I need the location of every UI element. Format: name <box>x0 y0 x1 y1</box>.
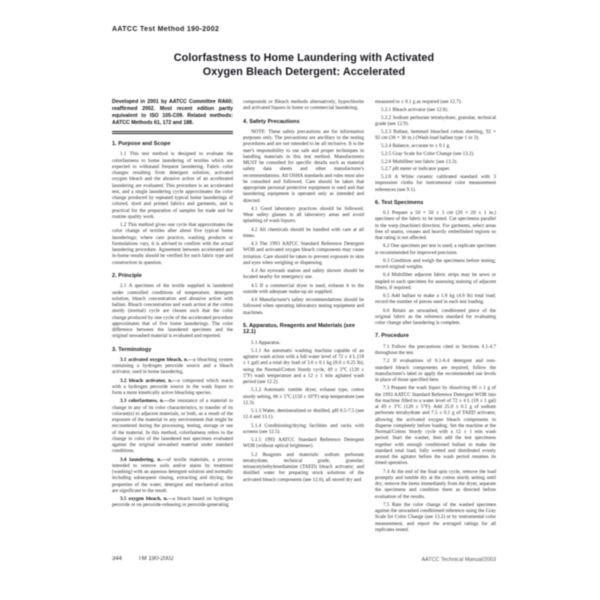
body-paragraph: 2.1 A specimen of the textile supplied i… <box>112 283 233 339</box>
apparatus-list-item: 5.2.4 Balance, accurate to ± 0.1 g. <box>375 143 496 149</box>
body-paragraph: 3.2 bleach activator, n.—a compound whic… <box>112 378 233 397</box>
section-heading: 3. Terminology <box>112 347 233 353</box>
section-heading: 6. Test Specimens <box>375 200 496 206</box>
document-header-code: AATCC Test Method 190-2002 <box>112 26 312 33</box>
body-paragraph: 5.1.1 An automatic washing machine capab… <box>243 348 364 386</box>
body-paragraph: 5.1.2 Automatic tumble dryer, exhaust ty… <box>243 387 364 406</box>
page-column-3: measured to ± 0.1 g as required (see 12.… <box>375 99 496 547</box>
body-paragraph: 7.1 Follow the precautions cited in Sect… <box>375 344 496 357</box>
body-paragraph: 7.5 Rate the color change of the washed … <box>375 502 496 533</box>
continued-paragraph: compounds or Bleach methods alternativel… <box>243 99 364 112</box>
body-paragraph: 5.1.4 Conditioning/drying facilities and… <box>243 423 364 436</box>
body-paragraph: 6.2 One specimen per test is used; a rep… <box>375 243 496 256</box>
body-paragraph: 4.5 If a commercial dryer is used, exhau… <box>243 283 364 296</box>
body-paragraph: 4.3 The 1993 AATCC Standard Reference De… <box>243 241 364 266</box>
section-heading: 1. Purpose and Scope <box>112 141 233 147</box>
body-paragraph: 6.4 Multifiber adjacent fabric strips ma… <box>375 272 496 291</box>
section-heading: 7. Procedure <box>375 333 496 339</box>
apparatus-list-item: 5.2.7 pH meter or indicator paper. <box>375 166 496 172</box>
footer-method-code: TM 190-2002 <box>138 556 174 562</box>
apparatus-list-item: 5.2.2 Sodium perborate tetrahydrate, gra… <box>375 115 496 128</box>
footer-left: 344TM 190-2002 <box>112 556 174 562</box>
footer-manual-edition: AATCC Technical Manual/2003 <box>375 557 496 563</box>
body-paragraph: 5.1.5 1993 AATCC Standard Reference Dete… <box>243 437 364 450</box>
section-heading: 5. Apparatus, Reagents and Materials (se… <box>243 323 364 336</box>
footer-page-number: 344 <box>112 556 122 562</box>
apparatus-list-item: 5.2.1 Bleach activator (see 12.8). <box>375 107 496 113</box>
body-paragraph: 3.1 activated oxygen bleach, n.—a bleach… <box>112 357 233 376</box>
page-column-2: compounds or Bleach methods alternativel… <box>243 99 364 547</box>
document-page: AATCC Test Method 190-2002 Colorfastness… <box>0 0 600 600</box>
apparatus-list-item: 5.2.5 Gray Scale for Color Change (see 1… <box>375 151 496 157</box>
body-paragraph: 5.1 Apparatus. <box>243 340 364 346</box>
body-paragraph: 6.3 Condition and weigh the specimens be… <box>375 258 496 271</box>
section-heading: 2. Principle <box>112 273 233 279</box>
body-paragraph: 4.6 Manufacturer's safety recommendation… <box>243 297 364 316</box>
body-paragraph: 4.2 All chemicals should be handled with… <box>243 227 364 240</box>
body-paragraph: 1.1 This test method is designed to eval… <box>112 151 233 220</box>
body-paragraph: 6.6 Retain an unwashed, conditioned piec… <box>375 308 496 327</box>
document-title-line-1: Colorfastness to Home Laundering with Ac… <box>108 51 500 65</box>
apparatus-list-item: 5.2.8 A White ceramic calibrated standar… <box>375 174 496 193</box>
body-paragraph: 5.2 Reagents and materials: sodium perbo… <box>243 452 364 483</box>
body-paragraph: 4.4 An eyewash station and safety shower… <box>243 268 364 281</box>
developed-by-note: Developed in 2001 by AATCC Committee RA6… <box>112 99 233 134</box>
body-paragraph: 3.3 colorfastness, n.—the resistance of … <box>112 398 233 454</box>
apparatus-list-item: 5.2.3 Ballast, hemmed bleached cotton sh… <box>375 129 496 142</box>
body-paragraph: 1.2 This method gives one cycle that app… <box>112 222 233 266</box>
body-paragraph: 7.3 Prepare the wash liquor by dissolvin… <box>375 385 496 466</box>
section-heading: 4. Safety Precautions <box>243 119 364 125</box>
apparatus-list-item: 5.2.6 Multifiber test fabric (see 13.3). <box>375 159 496 165</box>
body-paragraph: 3.4 laundering, n.—of textile materials,… <box>112 457 233 495</box>
body-paragraph: 4.1 Good laboratory practices should be … <box>243 206 364 225</box>
body-paragraph: 7.2 If evaluations of 6.1-6.4 detergent … <box>375 358 496 383</box>
body-paragraph: NOTE: These safety precautions are for i… <box>243 129 364 204</box>
document-title-line-2: Oxygen Bleach Detergent: Accelerated <box>108 65 500 79</box>
body-paragraph: 5.1.3 Water, demineralized or distilled,… <box>243 408 364 421</box>
page-column-1: Developed in 2001 by AATCC Committee RA6… <box>112 99 233 547</box>
body-paragraph: 6.5 Add ballast to make a 1.8 kg (4.0 lb… <box>375 293 496 306</box>
body-paragraph: 6.1 Prepare a 50 × 50 ± 3 cm (20 × 20 ± … <box>375 210 496 241</box>
document-title: Colorfastness to Home Laundering with Ac… <box>108 51 500 79</box>
body-paragraph: 3.5 oxygen bleach, n.—a bleach based on … <box>112 496 233 509</box>
continued-paragraph: measured to ± 0.1 g as required (see 12.… <box>375 99 496 105</box>
body-paragraph: 7.4 At the end of the final spin cycle, … <box>375 469 496 500</box>
